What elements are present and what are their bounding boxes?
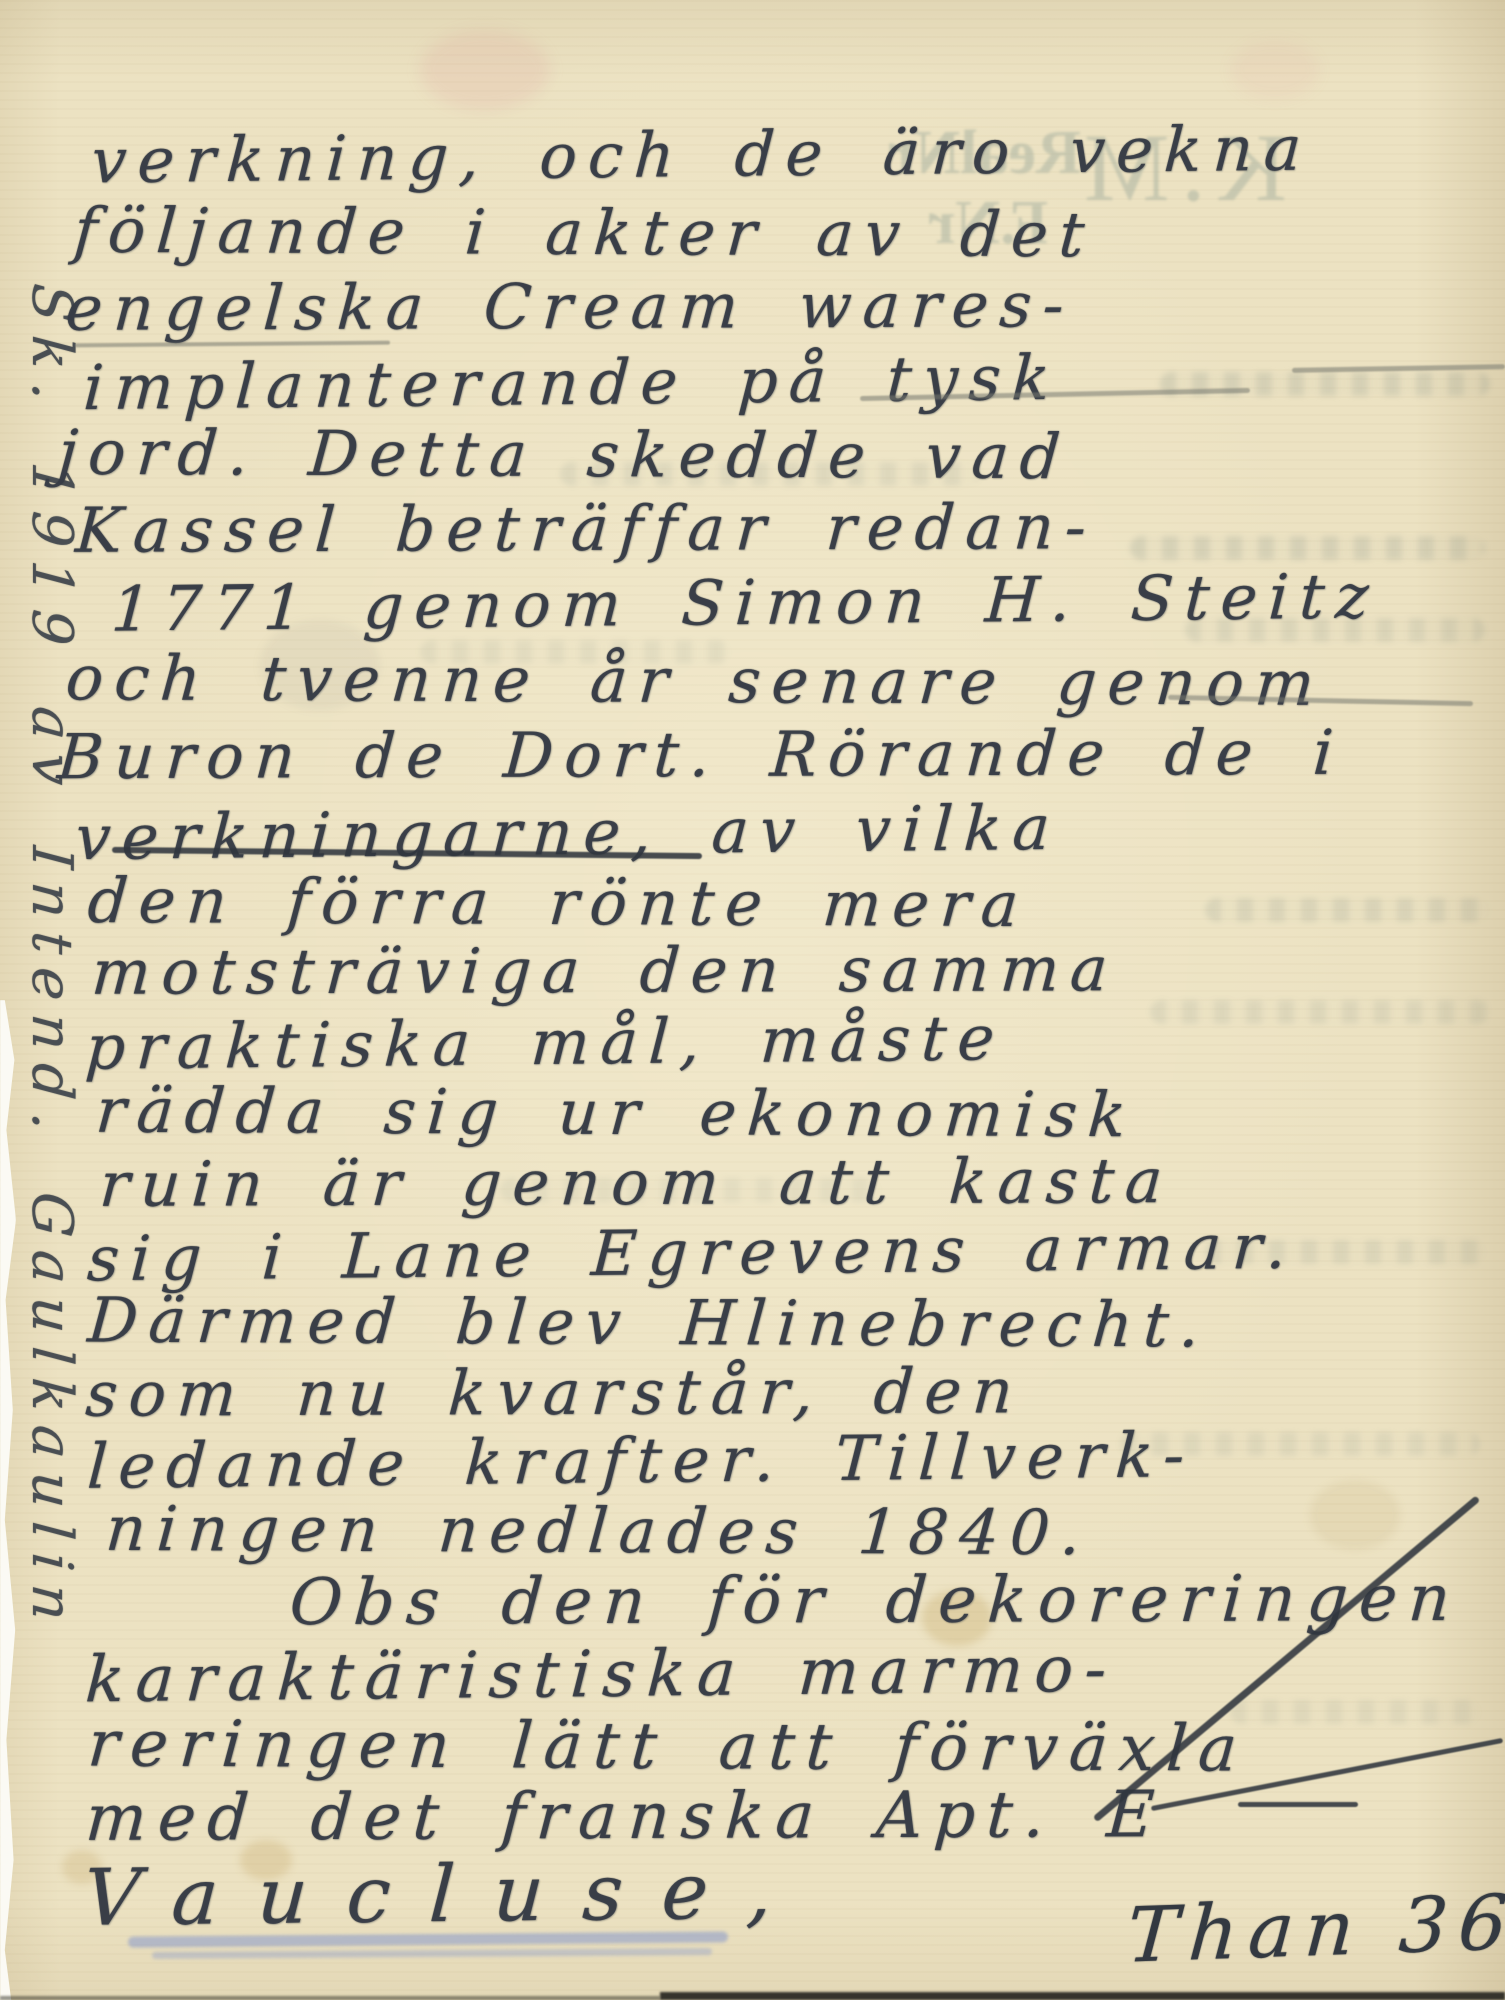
blue-crayon-underline-vaucluse-2 xyxy=(152,1948,712,1959)
text-line: sig i Lane Egrevens armar. xyxy=(85,1210,1299,1296)
text-line: ningen nedlades 1840. xyxy=(103,1492,1094,1569)
text-line: följande i akter av det xyxy=(71,194,1098,271)
text-line: som nu kvarstår, den xyxy=(83,1354,1026,1430)
text-line: med det franska Apt. E xyxy=(83,1778,1167,1856)
scan-edge-shadow xyxy=(0,1996,660,2000)
stain xyxy=(1310,1480,1400,1550)
text-line: engelska Cream wares- xyxy=(63,268,1077,345)
text-line: den förra rönte mera xyxy=(85,864,1032,941)
ghost-squiggle xyxy=(1130,536,1485,560)
text-line: Kassel beträffar redan- xyxy=(73,490,1099,567)
text-line: rädda sig ur ekonomisk xyxy=(93,1074,1139,1152)
ghost-squiggle xyxy=(1205,898,1490,922)
signature-date: Than 36 xyxy=(1124,1877,1505,1980)
ink-flourish-through-signature xyxy=(1093,1495,1481,1822)
text-line: Vaucluse, xyxy=(81,1846,814,1944)
text-line: verkningarne, av vilka xyxy=(73,791,1063,874)
text-line: jord. Detta skedde vad xyxy=(55,416,1073,493)
text-line: Obs den för dekoreringen xyxy=(287,1562,1463,1640)
text-line: praktiska mål, måste xyxy=(84,1001,1008,1084)
text-line: Därmed blev Hlinebrecht. xyxy=(85,1284,1213,1362)
text-line: verkning, och de äro vekna xyxy=(89,112,1314,198)
manuscript-page: K.M RealNr F.Nr Sk. 1919 av Intend. Gaul… xyxy=(0,0,1505,2000)
text-line: implanterande på tysk xyxy=(81,341,1063,424)
ghost-squiggle xyxy=(1230,1700,1480,1724)
ink-underline-apt xyxy=(1238,1802,1358,1807)
pink-smudge xyxy=(1230,40,1320,100)
text-line: 1771 genom Simon H. Steitz xyxy=(109,559,1381,645)
text-line: karaktäristiska marmo- xyxy=(83,1633,1120,1718)
text-line: ruin är genom att kasta xyxy=(97,1144,1175,1221)
text-line: ledande krafter. Tillverk- xyxy=(85,1418,1197,1503)
text-line: motsträviga den samma xyxy=(89,932,1121,1009)
ghost-squiggle xyxy=(1150,1000,1490,1024)
text-line: och tvenne år senare genom xyxy=(63,641,1327,719)
torn-paper-edge xyxy=(0,1000,16,2000)
text-line: reringen lätt att förväxla xyxy=(85,1707,1251,1786)
pink-smudge xyxy=(420,30,550,110)
scan-edge-shadow xyxy=(660,1992,1505,2000)
text-line: Buron de Dort. Rörande de i xyxy=(55,716,1346,793)
